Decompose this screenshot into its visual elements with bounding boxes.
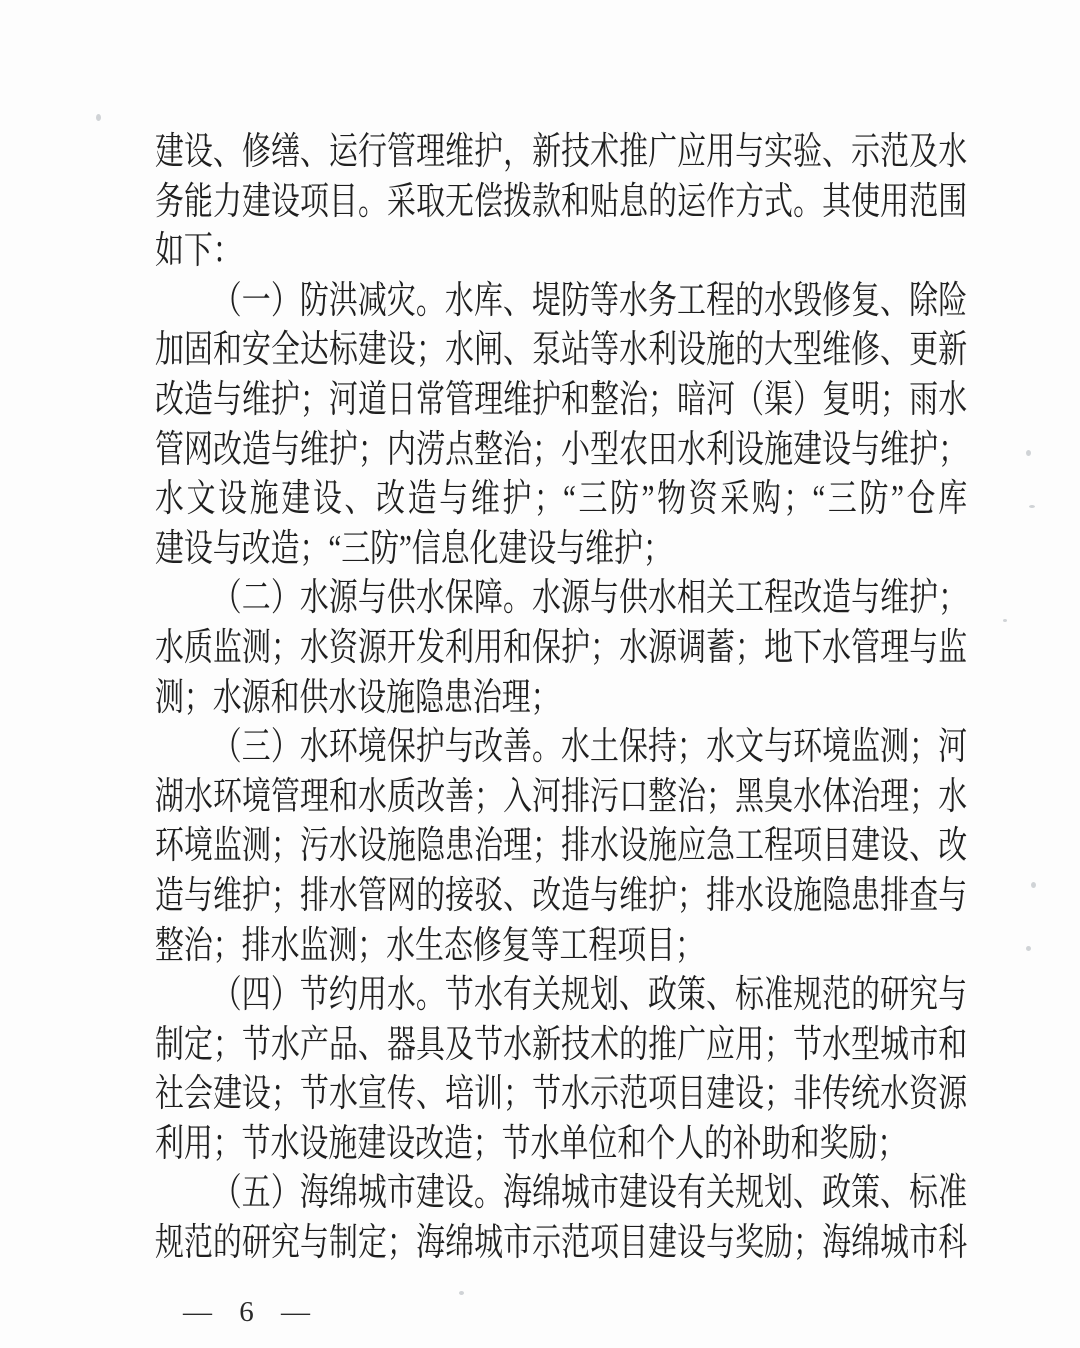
text-line: 测；水源和供水设施隐患治理； <box>155 674 967 724</box>
text-line: 水文设施建设、改造与维护；“三防”物资采购；“三防”仓库 <box>155 475 967 525</box>
scan-speck <box>1029 505 1035 508</box>
text-line: 环境监测；污水设施隐患治理；排水设施应急工程项目建设、改 <box>155 822 967 872</box>
text-line: 水质监测；水资源开发利用和保护；水源调蓄；地下水管理与监 <box>155 624 967 674</box>
text-line: 建设与改造；“三防”信息化建设与维护； <box>155 525 967 575</box>
scan-speck <box>1026 450 1031 456</box>
text-line: 整治；排水监测；水生态修复等工程项目； <box>155 922 967 972</box>
scan-speck <box>1026 946 1031 951</box>
text-line: 如下： <box>155 227 967 277</box>
page-number: — 6 — <box>183 1296 320 1329</box>
text-line: 管网改造与维护；内涝点整治；小型农田水利设施建设与维护； <box>155 426 967 476</box>
text-line: 加固和安全达标建设；水闸、泵站等水利设施的大型维修、更新 <box>155 326 967 376</box>
text-line: 造与维护；排水管网的接驳、改造与维护；排水设施隐患排查与 <box>155 872 967 922</box>
text-line: （一）防洪减灾。水库、堤防等水务工程的水毁修复、除险 <box>155 277 967 327</box>
text-line: （五）海绵城市建设。海绵城市建设有关规划、政策、标准 <box>155 1169 967 1219</box>
text-line: 改造与维护；河道日常管理维护和整治；暗河（渠）复明；雨水 <box>155 376 967 426</box>
text-line: 社会建设；节水宣传、培训；节水示范项目建设；非传统水资源 <box>155 1070 967 1120</box>
text-line: （四）节约用水。节水有关规划、政策、标准规范的研究与 <box>155 971 967 1021</box>
text-line: 湖水环境管理和水质改善；入河排污口整治；黑臭水体治理；水 <box>155 773 967 823</box>
scan-speck <box>1003 619 1007 622</box>
text-line: （三）水环境保护与改善。水土保持；水文与环境监测；河 <box>155 723 967 773</box>
text-line: 建设、修缮、运行管理维护，新技术推广应用与实验、示范及水 <box>155 128 967 178</box>
document-body: 建设、修缮、运行管理维护，新技术推广应用与实验、示范及水务能力建设项目。采取无偿… <box>155 128 967 1269</box>
scan-speck <box>96 114 101 121</box>
text-line: （二）水源与供水保障。水源与供水相关工程改造与维护； <box>155 574 967 624</box>
text-line: 利用；节水设施建设改造；节水单位和个人的补助和奖励； <box>155 1120 967 1170</box>
text-line: 规范的研究与制定；海绵城市示范项目建设与奖励；海绵城市科 <box>155 1219 967 1269</box>
scan-speck <box>459 1291 464 1295</box>
document-page: 建设、修缮、运行管理维护，新技术推广应用与实验、示范及水务能力建设项目。采取无偿… <box>0 0 1080 1348</box>
text-line: 制定；节水产品、器具及节水新技术的推广应用；节水型城市和 <box>155 1021 967 1071</box>
scan-speck <box>1031 882 1036 888</box>
text-line: 务能力建设项目。采取无偿拨款和贴息的运作方式。其使用范围 <box>155 178 967 228</box>
